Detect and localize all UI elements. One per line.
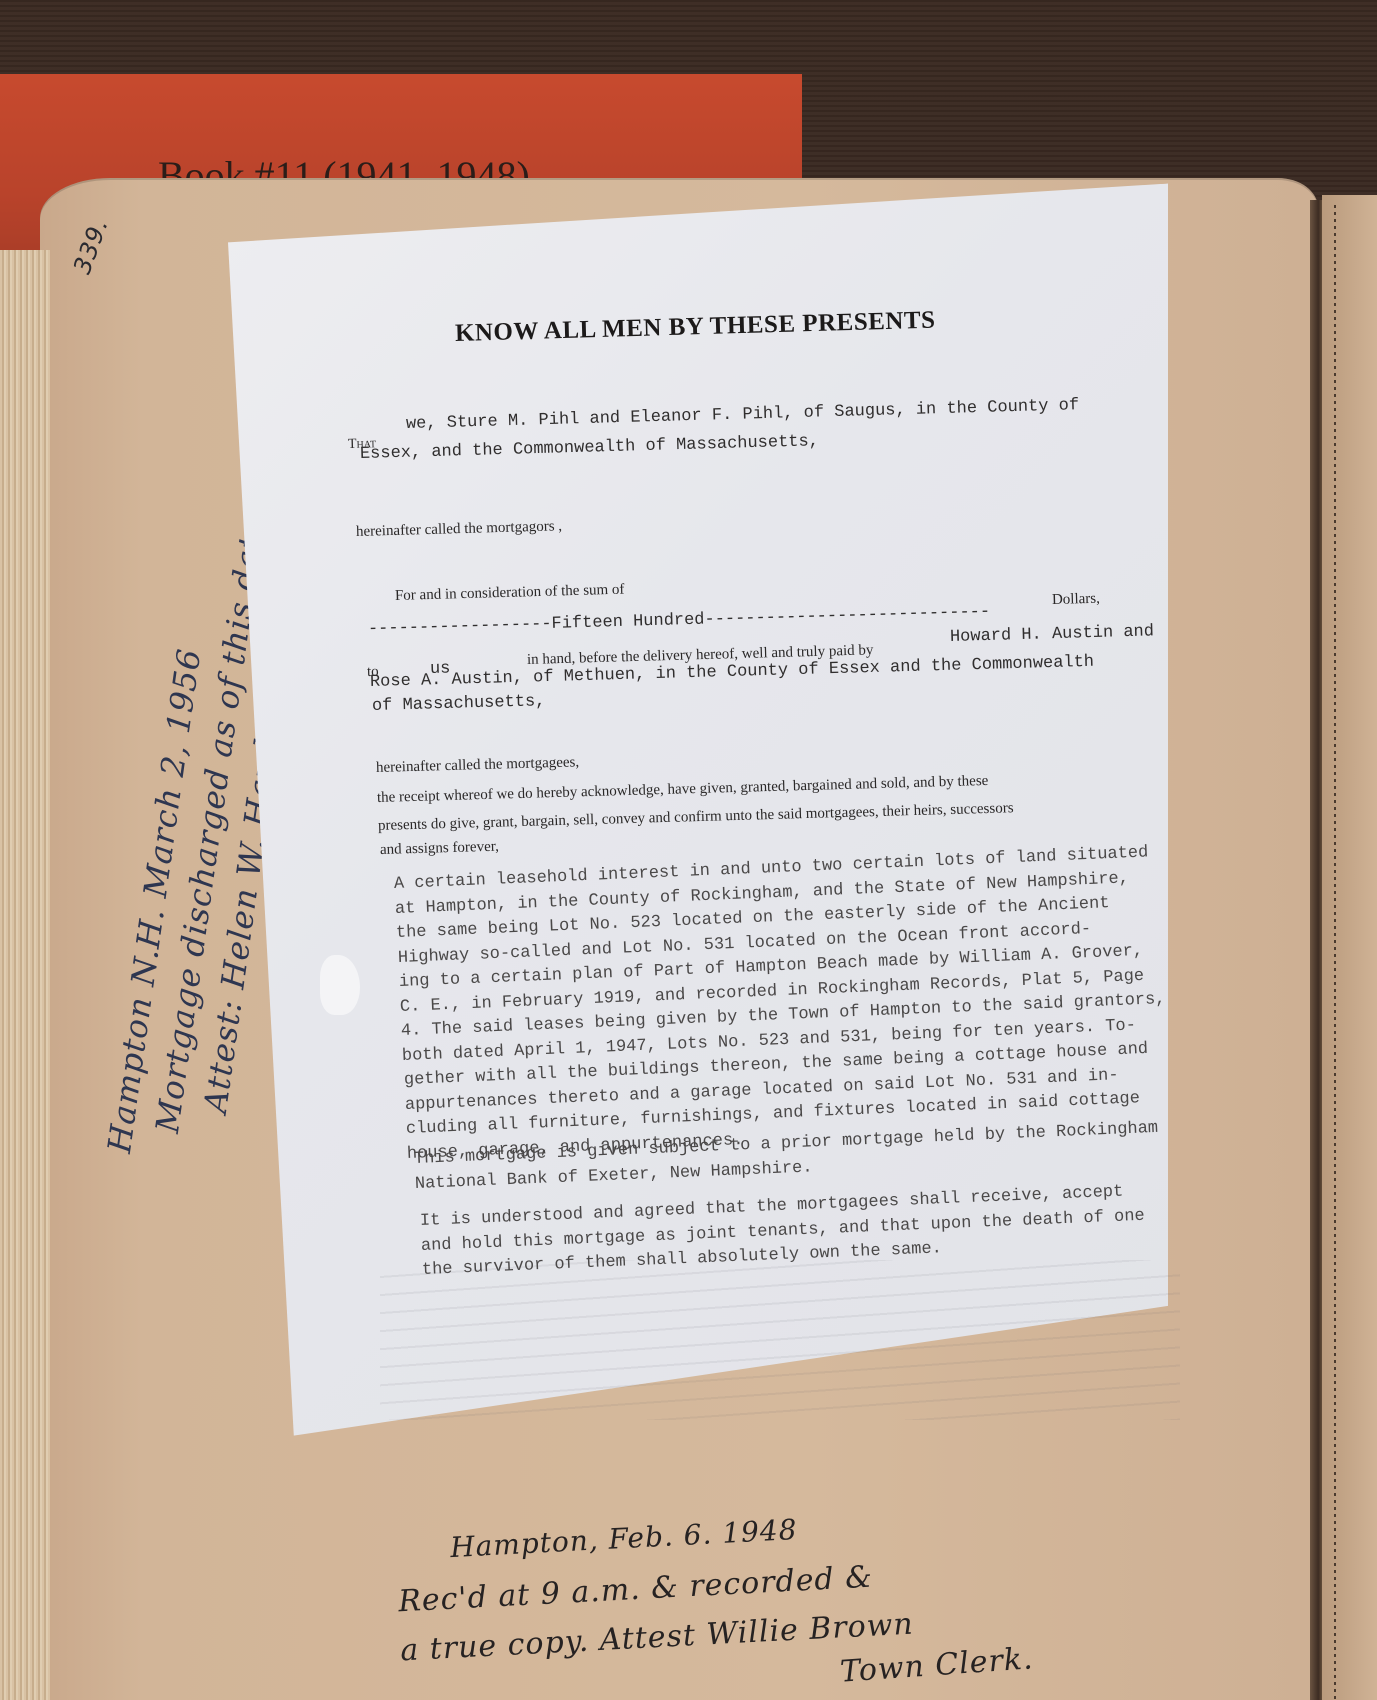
right-ledger-page <box>1322 195 1377 1700</box>
page-edge-stack <box>0 250 50 1700</box>
grant-line-3: and assigns forever, <box>380 839 499 859</box>
show-through-text <box>380 1260 1180 1420</box>
page-perforation <box>1334 205 1336 1700</box>
dollars-label: Dollars, <box>1052 591 1100 609</box>
